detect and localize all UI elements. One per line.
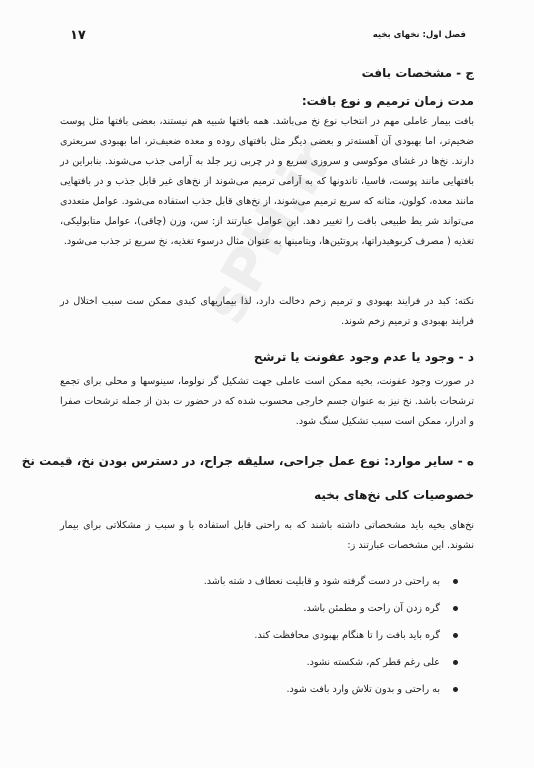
list-item: گره زدن آن راحت و مطمئن باشد. xyxy=(60,595,458,622)
note-paragraph: نکته: کبد در فرایند بهبودی و ترمیم زخم د… xyxy=(60,292,474,332)
section-d-paragraph: در صورت وجود عفونت، بخیه ممکن است عاملی … xyxy=(60,372,474,432)
section-d-title: د - وجود یا عدم وجود عفونت یا ترشح xyxy=(254,350,474,364)
list-item: گره باید بافت را تا هنگام بهبودی محافظت … xyxy=(60,622,458,649)
list-item: به راحتی و بدون تلاش وارد بافت شود. xyxy=(60,676,458,703)
section-c-title: ج - مشخصات بافت xyxy=(362,66,474,80)
list-item-text: علی رغم قطر کم، شکسته نشود. xyxy=(307,657,440,668)
list-item: به راحتی در دست گرفته شود و قابلیت نعطاف… xyxy=(60,568,458,595)
properties-list: به راحتی در دست گرفته شود و قابلیت نعطاف… xyxy=(60,568,458,703)
list-item-text: به راحتی در دست گرفته شود و قابلیت نعطاف… xyxy=(204,576,440,587)
running-head: فصل اول: نخهای بخیه xyxy=(373,30,466,40)
bullet-icon xyxy=(453,579,458,584)
general-properties-paragraph: نخ‌های بخیه باید مشخصاتی داشته باشند که … xyxy=(60,516,474,556)
section-c-subtitle: مدت زمان ترمیم و نوع بافت: xyxy=(302,94,474,108)
bullet-icon xyxy=(453,660,458,665)
general-properties-title: خصوصیات کلی نخ‌های بخیه xyxy=(314,488,474,502)
section-c-paragraph: بافت بیمار عاملی مهم در انتخاب نوع نخ می… xyxy=(60,112,474,252)
bullet-icon xyxy=(453,687,458,692)
section-e-title: ه - سایر موارد: نوع عمل جراحی، سلیقه جرا… xyxy=(22,454,474,468)
list-item: علی رغم قطر کم، شکسته نشود. xyxy=(60,649,458,676)
list-item-text: گره باید بافت را تا هنگام بهبودی محافظت … xyxy=(254,630,440,641)
book-page: sPH.ir ۱۷ فصل اول: نخهای بخیه ج - مشخصات… xyxy=(0,0,534,768)
list-item-text: گره زدن آن راحت و مطمئن باشد. xyxy=(303,603,440,614)
list-item-text: به راحتی و بدون تلاش وارد بافت شود. xyxy=(286,684,440,695)
page-header: ۱۷ فصل اول: نخهای بخیه xyxy=(70,28,466,44)
page-number: ۱۷ xyxy=(70,28,86,43)
bullet-icon xyxy=(453,606,458,611)
bullet-icon xyxy=(453,633,458,638)
